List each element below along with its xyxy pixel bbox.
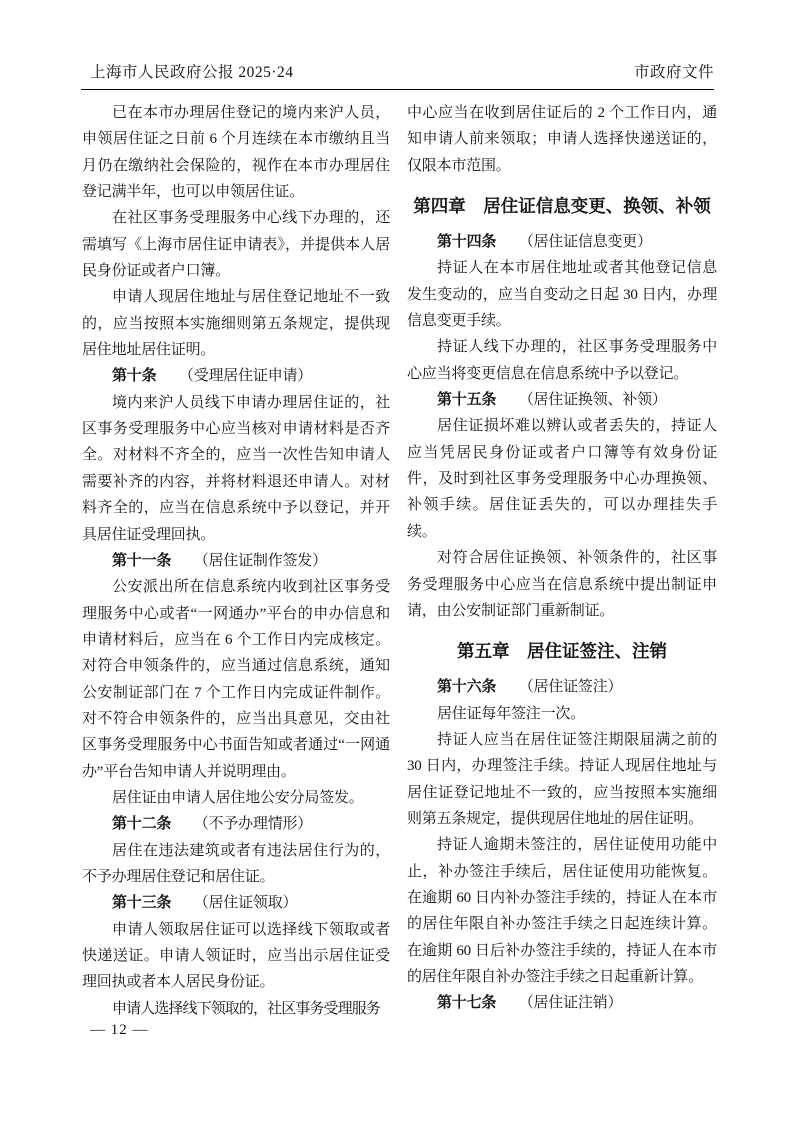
article-heading: 第十三条（居住证领取） [82, 890, 390, 916]
chapter-heading: 第四章 居住证信息变更、换领、补领 [407, 193, 717, 219]
article-heading: 第十六条（居住证签注） [407, 674, 717, 700]
paragraph: 公安派出所在信息系统内收到社区事务受理服务中心或者“一网通办”平台的申办信息和申… [82, 574, 390, 785]
paragraph: 申请人现居住地址与居住登记地址不一致的，应当按照本实施细则第五条规定，提供现居住… [82, 284, 390, 363]
page-footer: — 12 — [90, 1022, 149, 1039]
article-number: 第十三条 [112, 895, 171, 911]
paragraph: 申请人选择线下领取的，社区事务受理服务 [82, 996, 390, 1022]
page-header: 上海市人民政府公报 2025·24 市政府文件 [82, 60, 714, 82]
paragraph: 对符合居住证换领、补领条件的，社区事务受理服务中心应当在信息系统中提出制证申请，… [407, 545, 717, 624]
article-number: 第十二条 [112, 816, 171, 832]
article-number: 第十七条 [437, 995, 496, 1011]
article-number: 第十五条 [437, 392, 496, 408]
article-title: （居住证注销） [519, 995, 623, 1011]
article-heading: 第十七条（居住证注销） [407, 990, 717, 1016]
article-number: 第十六条 [437, 679, 496, 695]
paragraph: 居住证损坏难以辨认或者丢失的，持证人应当凭居民身份证或者户口簿等有效身份证件，及… [407, 413, 717, 545]
paragraph: 居住证每年签注一次。 [407, 701, 717, 727]
paragraph: 持证人逾期未签注的，居住证使用功能中止，补办签注手续后，居住证使用功能恢复。在逾… [407, 832, 717, 990]
paragraph: 持证人在本市居住地址或者其他登记信息发生变动的，应当自变动之日起 30 日内，办… [407, 255, 717, 334]
article-heading: 第十二条（不予办理情形） [82, 811, 390, 837]
article-title: （居住证制作签发） [194, 553, 327, 569]
article-number: 第十四条 [437, 234, 496, 250]
paragraph: 境内来沪人员线下申请办理居住证的，社区事务受理服务中心应当核对申请材料是否齐全。… [82, 390, 390, 548]
article-title: （居住证签注） [519, 679, 623, 695]
paragraph: 申请人领取居住证可以选择线下领取或者快递送证。申请人领证时，应当出示居住证受理回… [82, 917, 390, 996]
paragraph: 居住在违法建筑或者有违法居住行为的，不予办理居住登记和居住证。 [82, 838, 390, 891]
header-rule [81, 89, 714, 90]
article-title: （受理居住证申请） [179, 368, 312, 384]
article-title: （不予办理情形） [194, 816, 312, 832]
right-column: 中心应当在收到居住证后的 2 个工作日内，通知申请人前来领取；申请人选择快递送证… [407, 100, 717, 1022]
section-label: 市政府文件 [634, 60, 714, 82]
left-column: 已在本市办理居住登记的境内来沪人员，申领居住证之日前 6 个月连续在本市缴纳且当… [82, 100, 390, 1022]
text-columns: 已在本市办理居住登记的境内来沪人员，申领居住证之日前 6 个月连续在本市缴纳且当… [82, 100, 717, 1022]
article-heading: 第十五条（居住证换领、补领） [407, 387, 717, 413]
paragraph: 居住证由申请人居住地公安分局签发。 [82, 785, 390, 811]
document-page: 上海市人民政府公报 2025·24 市政府文件 已在本市办理居住登记的境内来沪人… [0, 0, 793, 1122]
article-heading: 第十条（受理居住证申请） [82, 363, 390, 389]
paragraph: 已在本市办理居住登记的境内来沪人员，申领居住证之日前 6 个月连续在本市缴纳且当… [82, 100, 390, 205]
paragraph: 持证人线下办理的，社区事务受理服务中心应当将变更信息在信息系统中予以登记。 [407, 334, 717, 387]
page-number: — 12 — [90, 1022, 149, 1038]
article-title: （居住证换领、补领） [519, 392, 667, 408]
paragraph: 中心应当在收到居住证后的 2 个工作日内，通知申请人前来领取；申请人选择快递送证… [407, 100, 717, 179]
article-heading: 第十一条（居住证制作签发） [82, 548, 390, 574]
article-title: （居住证领取） [194, 895, 298, 911]
chapter-heading: 第五章 居住证签注、注销 [407, 638, 717, 664]
article-number: 第十一条 [112, 553, 171, 569]
paragraph: 持证人应当在居住证签注期限届满之前的 30 日内，办理签注手续。持证人现居住地址… [407, 727, 717, 832]
article-number: 第十条 [112, 368, 156, 384]
article-title: （居住证信息变更） [519, 234, 652, 250]
article-heading: 第十四条（居住证信息变更） [407, 229, 717, 255]
paragraph: 在社区事务受理服务中心线下办理的，还需填写《上海市居住证申请表》，并提供本人居民… [82, 205, 390, 284]
gazette-title: 上海市人民政府公报 2025·24 [82, 60, 294, 82]
